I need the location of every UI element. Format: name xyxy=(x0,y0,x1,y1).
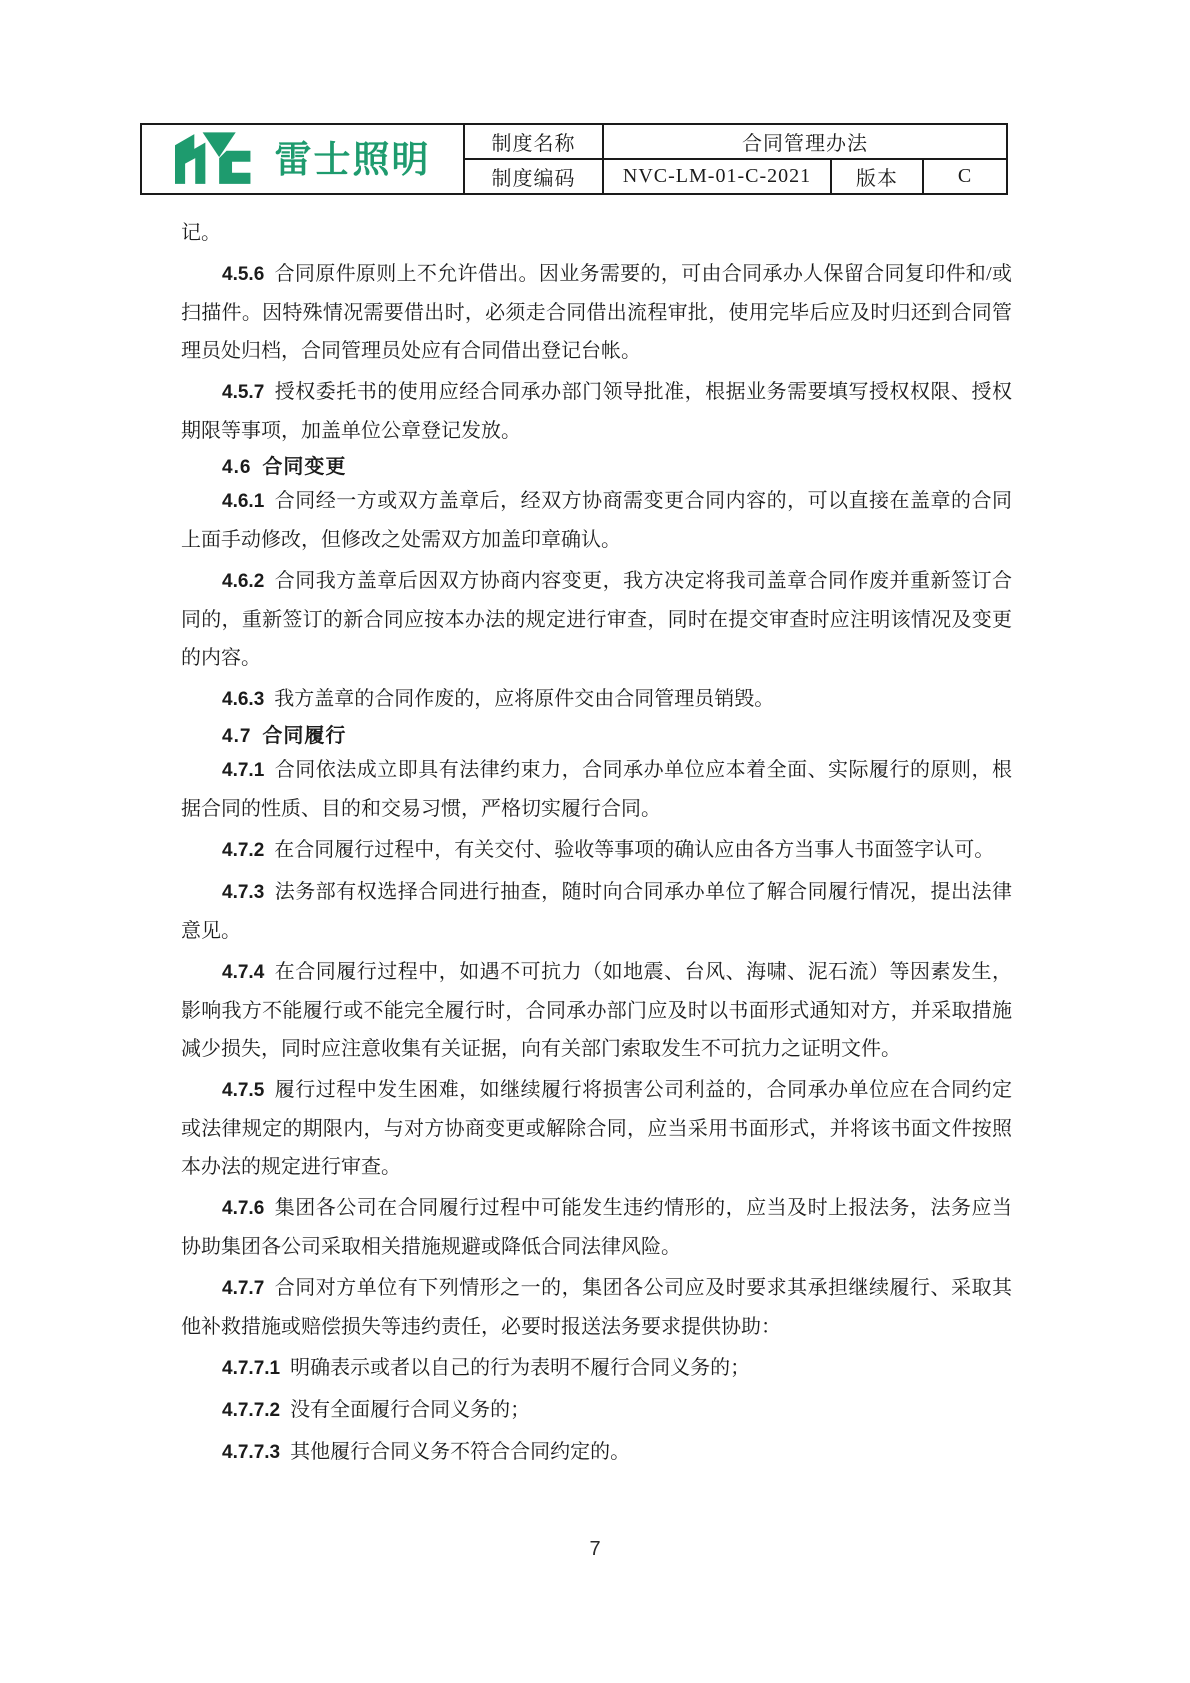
clause-number: 4.6 xyxy=(222,457,251,478)
clause-number: 4.7.7.1 xyxy=(222,1358,280,1379)
paragraph: 4.6.3 我方盖章的合同作废的，应将原件交由合同管理员销毁。 xyxy=(181,680,1012,719)
document-body: 记。4.5.6 合同原件原则上不允许借出。因业务需要的，可由合同承办人保留合同复… xyxy=(181,214,1012,1475)
header-label-policy-code: 制度编码 xyxy=(464,159,603,194)
clause-number: 4.7.2 xyxy=(222,840,264,861)
clause-number: 4.7.7.3 xyxy=(222,1442,280,1463)
section-heading: 4.7 合同履行 xyxy=(181,722,1012,751)
paragraph: 4.6.2 合同我方盖章后因双方协商内容变更，我方决定将我司盖章合同作废并重新签… xyxy=(181,562,1012,677)
header-value-version: C xyxy=(923,159,1007,194)
clause-number: 4.7.6 xyxy=(222,1198,264,1219)
paragraph: 4.7.7.3 其他履行合同义务不符合合同约定的。 xyxy=(181,1433,1012,1472)
clause-number: 4.7 xyxy=(222,726,251,747)
clause-number: 4.7.4 xyxy=(222,962,264,983)
paragraph: 4.7.3 法务部有权选择合同进行抽查，随时向合同承办单位了解合同履行情况，提出… xyxy=(181,873,1012,950)
logo-cell: 雷士照明 xyxy=(141,124,464,194)
header-label-version: 版本 xyxy=(831,159,923,194)
clause-number: 4.7.1 xyxy=(222,760,264,781)
page-number: 7 xyxy=(0,1538,1190,1561)
paragraph: 4.7.4 在合同履行过程中，如遇不可抗力（如地震、台风、海啸、泥石流）等因素发… xyxy=(181,953,1012,1068)
clause-number: 4.7.7 xyxy=(222,1278,264,1299)
clause-number: 4.7.7.2 xyxy=(222,1400,280,1421)
paragraph: 4.7.7 合同对方单位有下列情形之一的，集团各公司应及时要求其承担继续履行、采… xyxy=(181,1269,1012,1346)
paragraph: 记。 xyxy=(181,214,1012,252)
section-heading: 4.6 合同变更 xyxy=(181,453,1012,482)
paragraph: 4.7.1 合同依法成立即具有法律约束力，合同承办单位应本着全面、实际履行的原则… xyxy=(181,751,1012,828)
clause-number: 4.7.3 xyxy=(222,882,264,903)
clause-number: 4.6.1 xyxy=(222,491,264,512)
paragraph: 4.7.6 集团各公司在合同履行过程中可能发生违约情形的，应当及时上报法务，法务… xyxy=(181,1189,1012,1266)
nvc-logo: 雷士照明 xyxy=(148,132,457,186)
paragraph: 4.7.7.2 没有全面履行合同义务的； xyxy=(181,1391,1012,1430)
document-page: 雷士照明 制度名称 合同管理办法 制度编码 NVC-LM-01-C-2021 版… xyxy=(0,0,1190,1683)
clause-number: 4.5.7 xyxy=(222,382,264,403)
header-value-policy-code: NVC-LM-01-C-2021 xyxy=(603,159,831,194)
paragraph: 4.7.5 履行过程中发生困难，如继续履行将损害公司利益的，合同承办单位应在合同… xyxy=(181,1071,1012,1186)
paragraph: 4.7.2 在合同履行过程中，有关交付、验收等事项的确认应由各方当事人书面签字认… xyxy=(181,831,1012,870)
paragraph: 4.7.7.1 明确表示或者以自己的行为表明不履行合同义务的； xyxy=(181,1349,1012,1388)
header-label-policy-name: 制度名称 xyxy=(464,124,603,159)
clause-number: 4.6.2 xyxy=(222,571,264,592)
paragraph: 4.6.1 合同经一方或双方盖章后，经双方协商需变更合同内容的，可以直接在盖章的… xyxy=(181,482,1012,559)
paragraph: 4.5.7 授权委托书的使用应经合同承办部门领导批准，根据业务需要填写授权权限、… xyxy=(181,373,1012,450)
nvc-logo-mark-icon xyxy=(175,132,267,186)
clause-number: 4.7.5 xyxy=(222,1080,264,1101)
header-value-policy-name: 合同管理办法 xyxy=(603,124,1007,159)
document-header-table: 雷士照明 制度名称 合同管理办法 制度编码 NVC-LM-01-C-2021 版… xyxy=(140,123,1008,195)
clause-number: 4.5.6 xyxy=(222,264,264,285)
nvc-logo-text: 雷士照明 xyxy=(275,141,431,178)
clause-number: 4.6.3 xyxy=(222,689,264,710)
paragraph: 4.5.6 合同原件原则上不允许借出。因业务需要的，可由合同承办人保留合同复印件… xyxy=(181,255,1012,370)
